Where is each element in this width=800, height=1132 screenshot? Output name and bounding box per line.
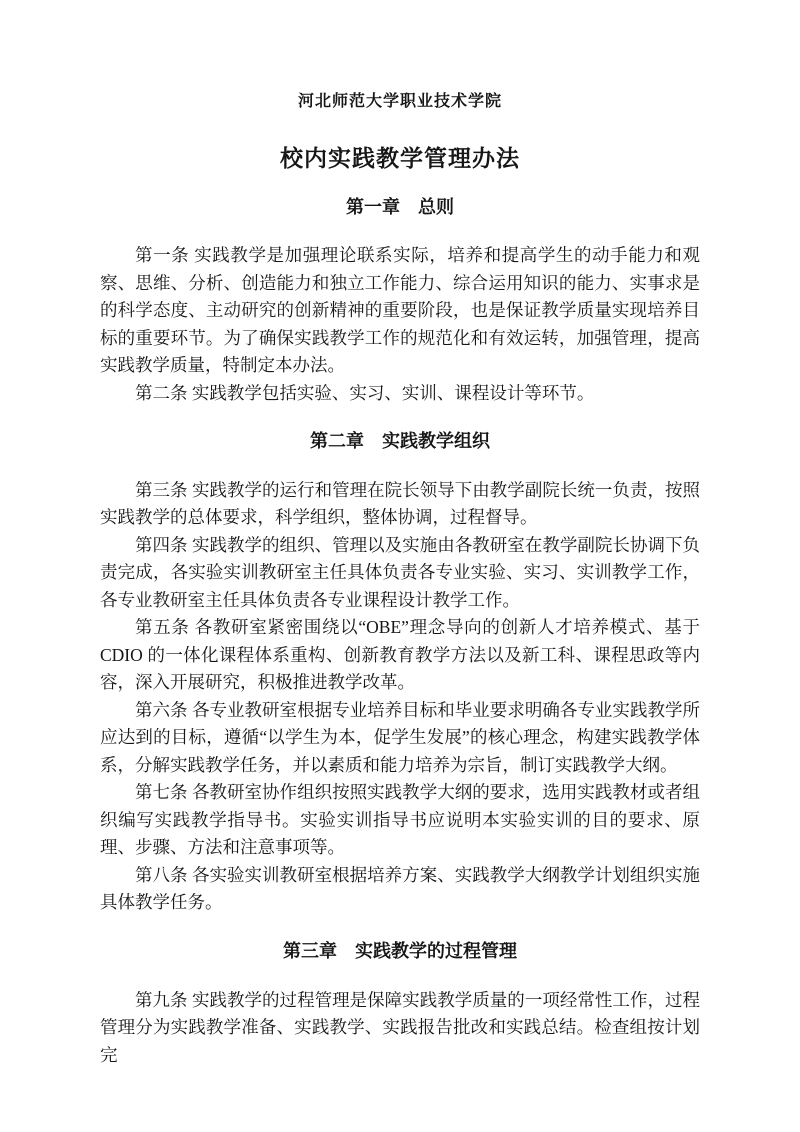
chapter-heading: 第三章 实践教学的过程管理	[100, 941, 700, 963]
paragraph: 第七条 各教研室协作组织按照实践教学大纲的要求，选用实践教材或者组织编写实践教学…	[100, 779, 700, 862]
section-teaching-organization: 第二章 实践教学组织 第三条 实践教学的运行和管理在院长领导下由教学副院长统一负…	[100, 431, 700, 917]
paragraph: 第五条 各教研室紧密围绕以“OBE”理念导向的创新人才培养模式、基于 CDIO …	[100, 614, 700, 697]
chapter-heading: 第二章 实践教学组织	[100, 431, 700, 453]
paragraph: 第一条 实践教学是加强理论联系实际，培养和提高学生的动手能力和观察、思维、分析、…	[100, 242, 700, 380]
paragraph: 第二条 实践教学包括实验、实习、实训、课程设计等环节。	[100, 380, 700, 408]
chapter-heading: 第一章 总则	[100, 197, 700, 219]
section-general-provisions: 第一章 总则 第一条 实践教学是加强理论联系实际，培养和提高学生的动手能力和观察…	[100, 197, 700, 408]
paragraph: 第四条 实践教学的组织、管理以及实施由各教研室在教学副院长协调下负责完成，各实验…	[100, 532, 700, 615]
paragraph: 第九条 实践教学的过程管理是保障实践教学质量的一项经常性工作，过程管理分为实践教…	[100, 987, 700, 1070]
document-title: 校内实践教学管理办法	[100, 145, 700, 173]
document-page: 河北师范大学职业技术学院 校内实践教学管理办法 第一章 总则 第一条 实践教学是…	[0, 0, 800, 1132]
organization-name: 河北师范大学职业技术学院	[100, 92, 700, 111]
paragraph: 第三条 实践教学的运行和管理在院长领导下由教学副院长统一负责，按照实践教学的总体…	[100, 477, 700, 532]
paragraph: 第六条 各专业教研室根据专业培养目标和毕业要求明确各专业实践教学所应达到的目标，…	[100, 697, 700, 780]
paragraph: 第八条 各实验实训教研室根据培养方案、实践教学大纲教学计划组织实施具体教学任务。	[100, 862, 700, 917]
section-process-management: 第三章 实践教学的过程管理 第九条 实践教学的过程管理是保障实践教学质量的一项经…	[100, 941, 700, 1069]
